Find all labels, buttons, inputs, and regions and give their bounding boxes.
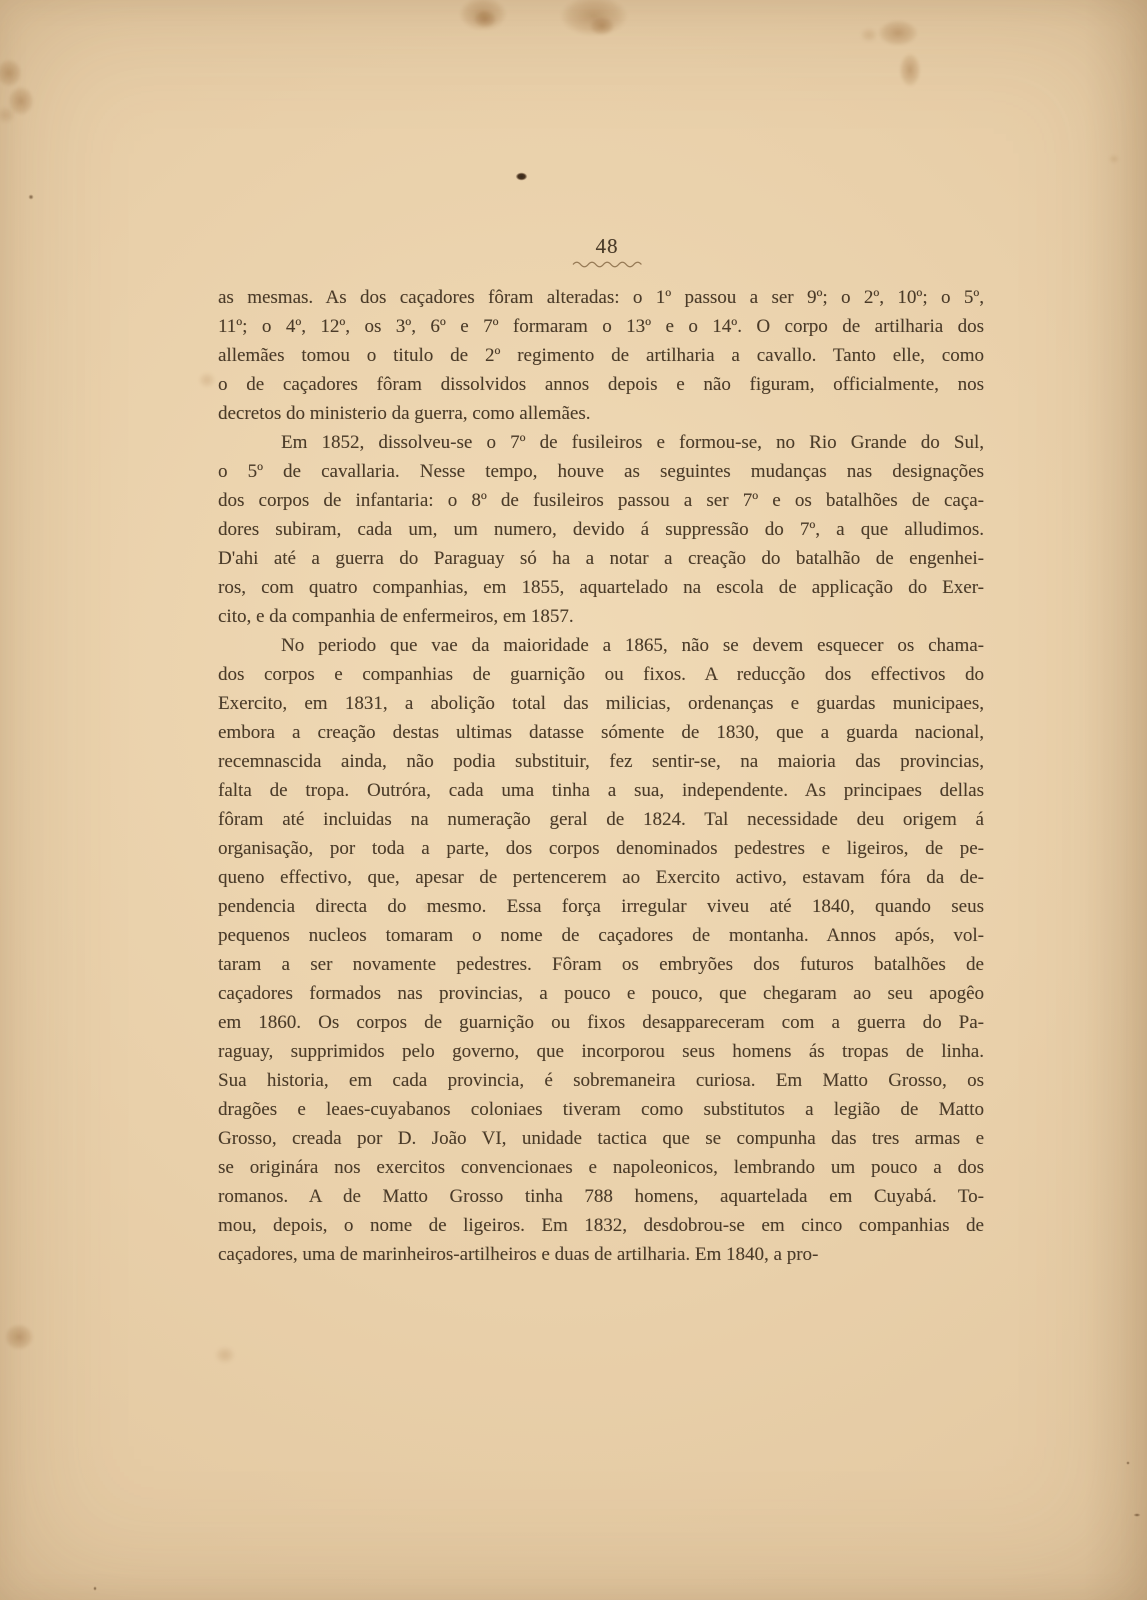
text-line: mou, depois, o nome de ligeiros. Em 1832… — [218, 1211, 984, 1240]
text-line: decretos do ministerio da guerra, como a… — [218, 399, 984, 428]
text-line: Grosso, creada por D. João VI, unidade t… — [218, 1124, 984, 1153]
text-line: D'ahi até a guerra do Paraguay só ha a n… — [218, 544, 984, 573]
text-line: o 5º de cavallaria. Nesse tempo, houve a… — [218, 457, 984, 486]
page-edge-shading — [1077, 0, 1147, 1600]
foxing-stain — [872, 16, 924, 50]
text-line: dos corpos e companhias de guarnição ou … — [218, 660, 984, 689]
text-line: raguay, supprimidos pelo governo, que in… — [218, 1037, 984, 1066]
paragraph: as mesmas. As dos caçadores fôram altera… — [218, 283, 984, 428]
text-line: em 1860. Os corpos de guarnição ou fixos… — [218, 1008, 984, 1037]
foxing-stain — [4, 82, 38, 120]
ink-blot — [515, 172, 528, 181]
foxing-stain — [896, 48, 924, 92]
page-number: 48 — [570, 234, 644, 259]
foxing-stain — [586, 14, 618, 38]
text-line: allemães tomou o titulo de 2º regimento … — [218, 341, 984, 370]
text-line: dragões e leaes-cuyabanos coloniaes tive… — [218, 1095, 984, 1124]
text-line: se originára nos exercitos convencionaes… — [218, 1153, 984, 1182]
paper-speck — [1133, 1513, 1141, 1517]
foxing-stain — [1108, 154, 1120, 164]
text-line: ros, com quatro companhias, em 1855, aqu… — [218, 573, 984, 602]
scanned-book-page: 48 as mesmas. As dos caçadores fôram alt… — [0, 0, 1147, 1600]
body-text: as mesmas. As dos caçadores fôram altera… — [218, 283, 984, 1269]
text-line: 11º; o 4º, 12º, os 3º, 6º e 7º formaram … — [218, 312, 984, 341]
foxing-stain — [212, 1344, 238, 1366]
text-line: embora a creação destas ultimas datasse … — [218, 718, 984, 747]
text-line: o de caçadores fôram dissolvidos annos d… — [218, 370, 984, 399]
text-line: taram a ser novamente pedestres. Fôram o… — [218, 950, 984, 979]
foxing-stain — [196, 370, 218, 390]
foxing-stain — [550, 0, 638, 42]
paper-speck — [1126, 1461, 1130, 1465]
foxing-stain — [452, 0, 514, 36]
text-line: Sua historia, em cada provincia, é sobre… — [218, 1066, 984, 1095]
foxing-stain — [858, 26, 880, 44]
text-line: falta de tropa. Outróra, cada uma tinha … — [218, 776, 984, 805]
page-header: 48 — [570, 234, 644, 268]
text-line: recemnascida ainda, não podia substituir… — [218, 747, 984, 776]
text-line: dos corpos de infantaria: o 8º de fusile… — [218, 486, 984, 515]
paper-speck — [93, 1586, 97, 1591]
text-line: caçadores, uma de marinheiros-artilheiro… — [218, 1240, 984, 1269]
text-line: queno effectivo, que, apesar de pertence… — [218, 863, 984, 892]
text-line: organisação, por toda a parte, dos corpo… — [218, 834, 984, 863]
paragraph: Em 1852, dissolveu-se o 7º de fusileiros… — [218, 428, 984, 631]
foxing-stain — [0, 104, 18, 126]
text-line: romanos. A de Matto Grosso tinha 788 hom… — [218, 1182, 984, 1211]
text-line: fôram até incluidas na numeração geral d… — [218, 805, 984, 834]
paragraph: No periodo que vae da maioridade a 1865,… — [218, 631, 984, 1269]
foxing-stain — [0, 55, 26, 91]
text-line: pequenos nucleos tomaram o nome de caçad… — [218, 921, 984, 950]
text-line: as mesmas. As dos caçadores fôram altera… — [218, 283, 984, 312]
text-line: No periodo que vae da maioridade a 1865,… — [218, 631, 984, 660]
text-line: dores subiram, cada um, um numero, devid… — [218, 515, 984, 544]
foxing-stain — [470, 8, 500, 30]
text-line: Em 1852, dissolveu-se o 7º de fusileiros… — [218, 428, 984, 457]
squiggle-underline-icon — [572, 260, 642, 268]
text-line: pendencia directa do mesmo. Essa força i… — [218, 892, 984, 921]
text-line: caçadores formados nas provincias, a pou… — [218, 979, 984, 1008]
text-line: cito, e da companhia de enfermeiros, em … — [218, 602, 984, 631]
text-line: Exercito, em 1831, a abolição total das … — [218, 689, 984, 718]
foxing-stain — [0, 1320, 38, 1354]
paper-speck — [28, 194, 34, 200]
